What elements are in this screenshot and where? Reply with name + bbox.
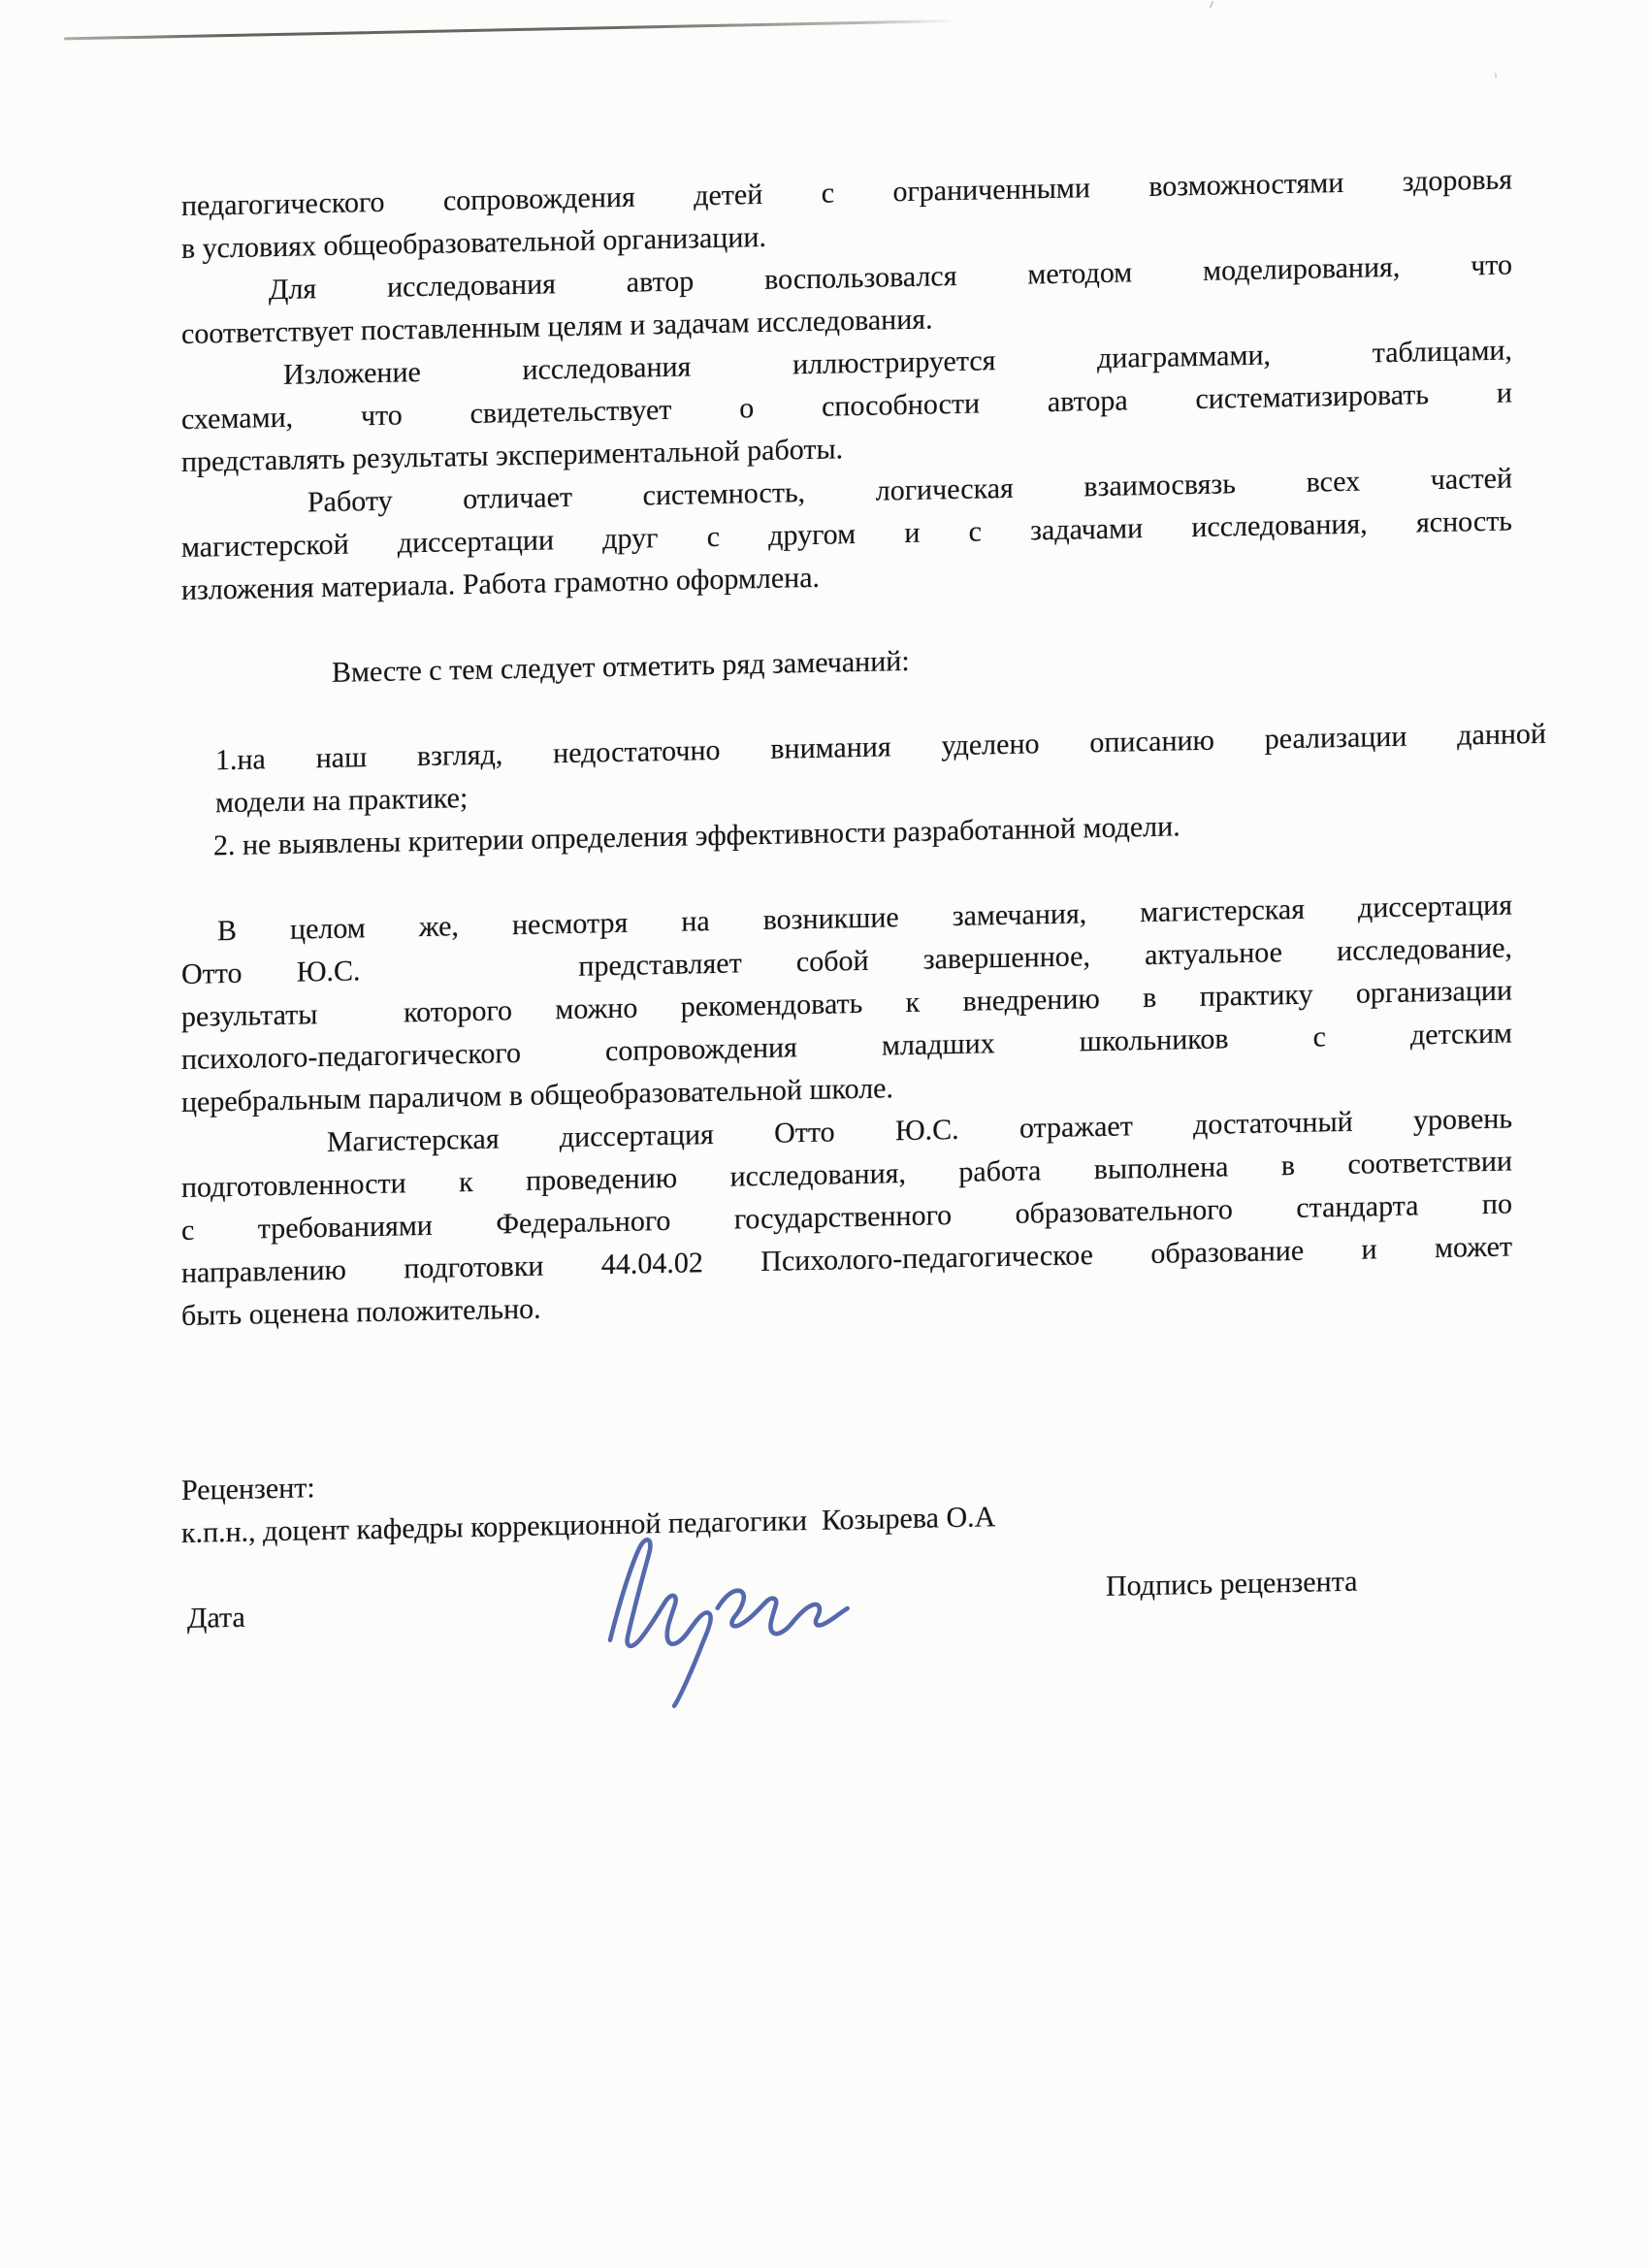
scan-speck bbox=[1209, 1, 1213, 9]
scan-content: педагогического сопровождения детей с ог… bbox=[0, 0, 1649, 2268]
paragraph-5: В целом же, несмотря на возникшие замеча… bbox=[181, 884, 1512, 1124]
document-body: педагогического сопровождения детей с ог… bbox=[181, 158, 1512, 1338]
signature-stroke-2 bbox=[718, 1588, 848, 1635]
signature-caption: Подпись рецензента bbox=[1106, 1561, 1357, 1608]
scan-speck bbox=[1494, 73, 1497, 79]
scanned-page: педагогического сопровождения детей с ог… bbox=[0, 0, 1649, 2268]
paragraph-4: Работу отличает системность, логическая … bbox=[181, 457, 1512, 612]
paragraph-6: Магистерская диссертация Отто Ю.С. отраж… bbox=[181, 1097, 1512, 1338]
date-label: Дата bbox=[187, 1597, 245, 1640]
signature-stroke-1 bbox=[610, 1539, 711, 1707]
scan-artifact-line bbox=[64, 19, 956, 40]
document-text: педагогического сопровождения детей с ог… bbox=[181, 158, 1512, 1640]
remarks-heading: Вместе с тем следует отметить ряд замеча… bbox=[181, 628, 1512, 697]
text-line: Вместе с тем следует отметить ряд замеча… bbox=[181, 628, 1512, 697]
handwritten-signature-image bbox=[594, 1517, 862, 1717]
